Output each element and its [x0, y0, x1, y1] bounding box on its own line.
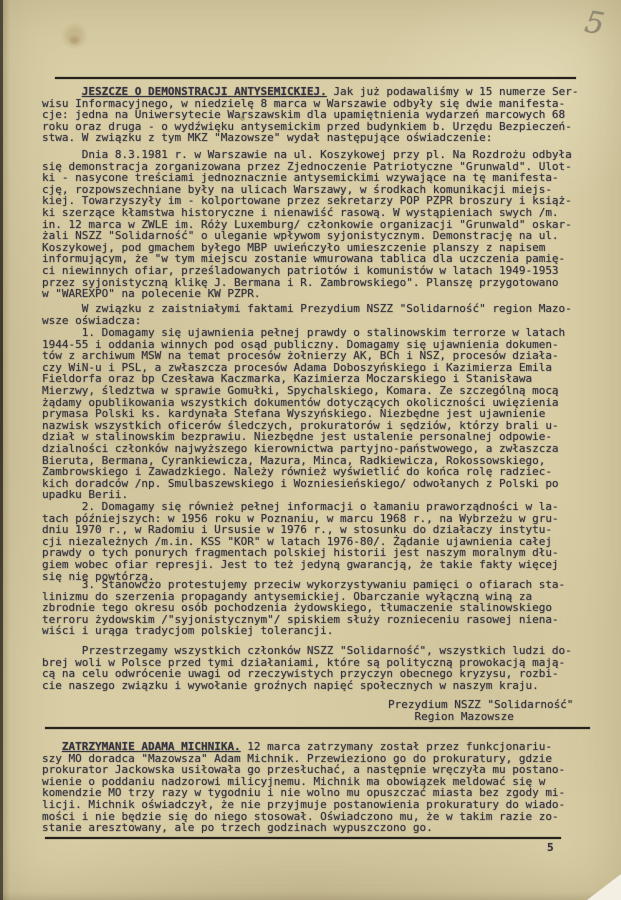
scan-corner-artifact [587, 874, 621, 900]
page-number: 5 [547, 841, 554, 854]
scanned-document-page: 5 JESZCZE O DEMONSTRACJI ANTYSEMICKIEJ. … [0, 0, 621, 900]
article2-lines: szy MO doradca "Mazowsza" Adam Michnik. … [42, 752, 565, 835]
top-separator-rule [55, 77, 576, 79]
handwritten-page-number: 5 [582, 5, 606, 43]
article1-intro-lines: wisu Informacyjnego, w niedzielę 8 marca… [42, 97, 572, 145]
article2-paragraph: ZATRZYMANIE ADAMA MICHNIKA. 12 marca zat… [42, 741, 565, 834]
article1-point-1: 1. Domagamy się ujawnienia pełnej prawdy… [42, 327, 565, 501]
article1-closing-paragraph: Przestrzegamy wszystkich członków NSZZ "… [42, 645, 572, 691]
bottom-separator-rule [45, 837, 561, 839]
scan-left-edge [0, 0, 3, 900]
article1-point-2: 2. Domagamy się również pełnej informacj… [42, 501, 559, 582]
article1-paragraph-3: W związku z zaistniałymi faktami Prezydi… [42, 303, 572, 326]
article1-intro-paragraph: JESZCZE O DEMONSTRACJI ANTYSEMICKIEJ. Ja… [42, 86, 578, 144]
signature-block: Prezydium NSZZ "Solidarność" Region Mazo… [388, 699, 573, 722]
mid-separator-rule [45, 727, 590, 729]
article1-paragraph-2: Dnia 8.3.1981 r. w Warszawie na ul. Kosz… [42, 149, 572, 300]
paper-stain [70, 36, 79, 44]
article1-point-3: 3. Stanowczo protestujemy przeciw wykorz… [42, 579, 565, 637]
